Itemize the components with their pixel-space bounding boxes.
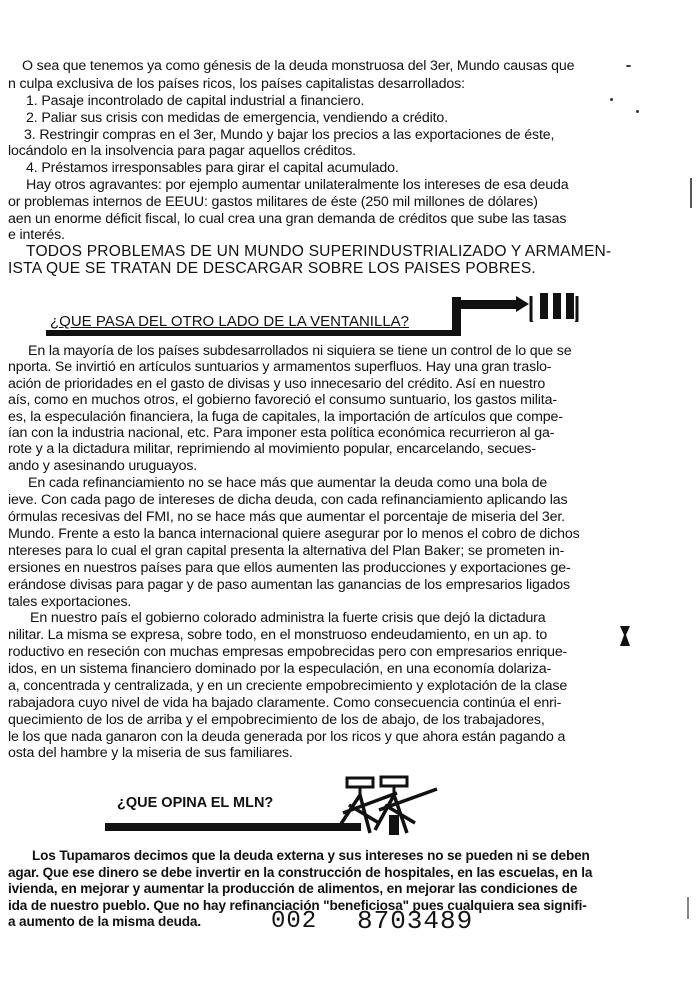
heading-underline-bar: [46, 330, 456, 336]
paragraph-line: ían con la industria nacional, etc. Para…: [8, 425, 554, 442]
paragraph-line: agar. Que ese dinero se debe invertir en…: [8, 864, 592, 881]
mln-star-logo-icon: [335, 775, 440, 837]
list-item: 1. Pasaje incontrolado de capital indust…: [26, 93, 364, 110]
ink-blot-mark: [619, 625, 631, 647]
paragraph-line: Hay otros agravantes: por ejemplo aument…: [26, 177, 568, 194]
heading-vertical-bar: [452, 297, 461, 336]
paragraph-line: osta del hambre y la miseria de sus fami…: [8, 745, 293, 762]
paragraph-line: roductivo en reseción con muchas empresa…: [8, 644, 567, 661]
emphasis-line: TODOS PROBLEMAS DE UN MUNDO SUPERINDUSTR…: [26, 243, 611, 260]
list-item: 4. Préstamos irresponsables para girar e…: [26, 160, 399, 177]
paragraph-line: ación de prioridades en el gasto de divi…: [8, 376, 545, 393]
paragraph-line: Mundo. Frente a esto la banca internacio…: [8, 526, 580, 543]
paragraph-line: ivienda, en mejorar y aumentar la produc…: [8, 880, 577, 897]
list-item: 2. Paliar sus crisis con medidas de emer…: [26, 110, 448, 127]
paragraph-line: tales exportaciones.: [8, 594, 131, 611]
margin-mark: [690, 178, 692, 208]
scan-speck: [636, 110, 639, 113]
paragraph-line: nilitar. La misma se expresa, sobre todo…: [8, 627, 547, 644]
scan-speck: [610, 98, 613, 101]
paragraph-line: órmulas recesivas del FMI, no se hace má…: [8, 509, 565, 526]
paragraph-line: or problemas internos de EEUU: gastos mi…: [8, 194, 538, 211]
paragraph-line: idos, en un sistema financiero dominado …: [8, 661, 551, 678]
paragraph-line: n culpa exclusiva de los países ricos, l…: [8, 76, 465, 93]
scan-speck: [626, 65, 631, 67]
serial-number-stamp: 8703489: [357, 906, 473, 936]
paragraph-line: ando y asesinando uruguayos.: [8, 458, 197, 475]
page-code-stamp: 002: [271, 908, 317, 935]
paragraph-line: ntereses para lo cual el gran capital pr…: [8, 543, 564, 560]
margin-mark: [687, 897, 689, 919]
paragraph-line: e interés.: [8, 227, 65, 244]
paragraph-line: a aumento de la misma deuda.: [8, 913, 201, 930]
paragraph-line: ersiones en nuestros países para que ell…: [8, 560, 571, 577]
paragraph-line: O sea que tenemos ya como génesis de la …: [22, 58, 648, 75]
paragraph-line: aen un enorme déficit fiscal, lo cual cr…: [8, 211, 566, 228]
paragraph-line: erándose divisas para pagar y de paso au…: [8, 577, 570, 594]
list-item: locándolo en la insolvencia para pagar a…: [8, 143, 356, 160]
paragraph-line: aís, como en muchos otros, el gobierno f…: [8, 392, 557, 409]
paragraph-line: a, concentrada y centralizada, y en un c…: [8, 678, 567, 695]
paragraph-line: es, la especulación financiera, la fuga …: [8, 409, 563, 426]
paragraph-line: En cada refinanciamiento no se hace más …: [28, 475, 547, 492]
window-bars: [537, 291, 577, 321]
paragraph-line: Los Tupamaros decimos que la deuda exter…: [32, 847, 590, 864]
paragraph-line: nporta. Se invirtió en artículos suntuar…: [8, 359, 551, 376]
emphasis-line: ISTA QUE SE TRATAN DE DESCARGAR SOBRE LO…: [8, 260, 536, 277]
paragraph-line: rabajadora cuyo nivel de vida ha bajado …: [8, 695, 561, 712]
section-heading: ¿QUE OPINA EL MLN?: [117, 795, 273, 811]
list-item: 3. Restringir compras en el 3er, Mundo y…: [24, 127, 554, 144]
paragraph-line: ieve. Con cada pago de intereses de dich…: [8, 492, 567, 509]
paragraph-line: En la mayoría de los países subdesarroll…: [28, 343, 571, 360]
heading-underline-bar: [105, 823, 361, 831]
section-heading: ¿QUE PASA DEL OTRO LADO DE LA VENTANILLA…: [50, 313, 409, 330]
paragraph-line: rote y a la dictadura militar, reprimien…: [8, 441, 536, 458]
paragraph-line: quecimiento de los de arriba y el empobr…: [8, 712, 545, 729]
paragraph-line: En nuestro país el gobierno colorado adm…: [30, 610, 546, 627]
paragraph-line: le los que nada ganaron con la deuda gen…: [8, 729, 565, 746]
